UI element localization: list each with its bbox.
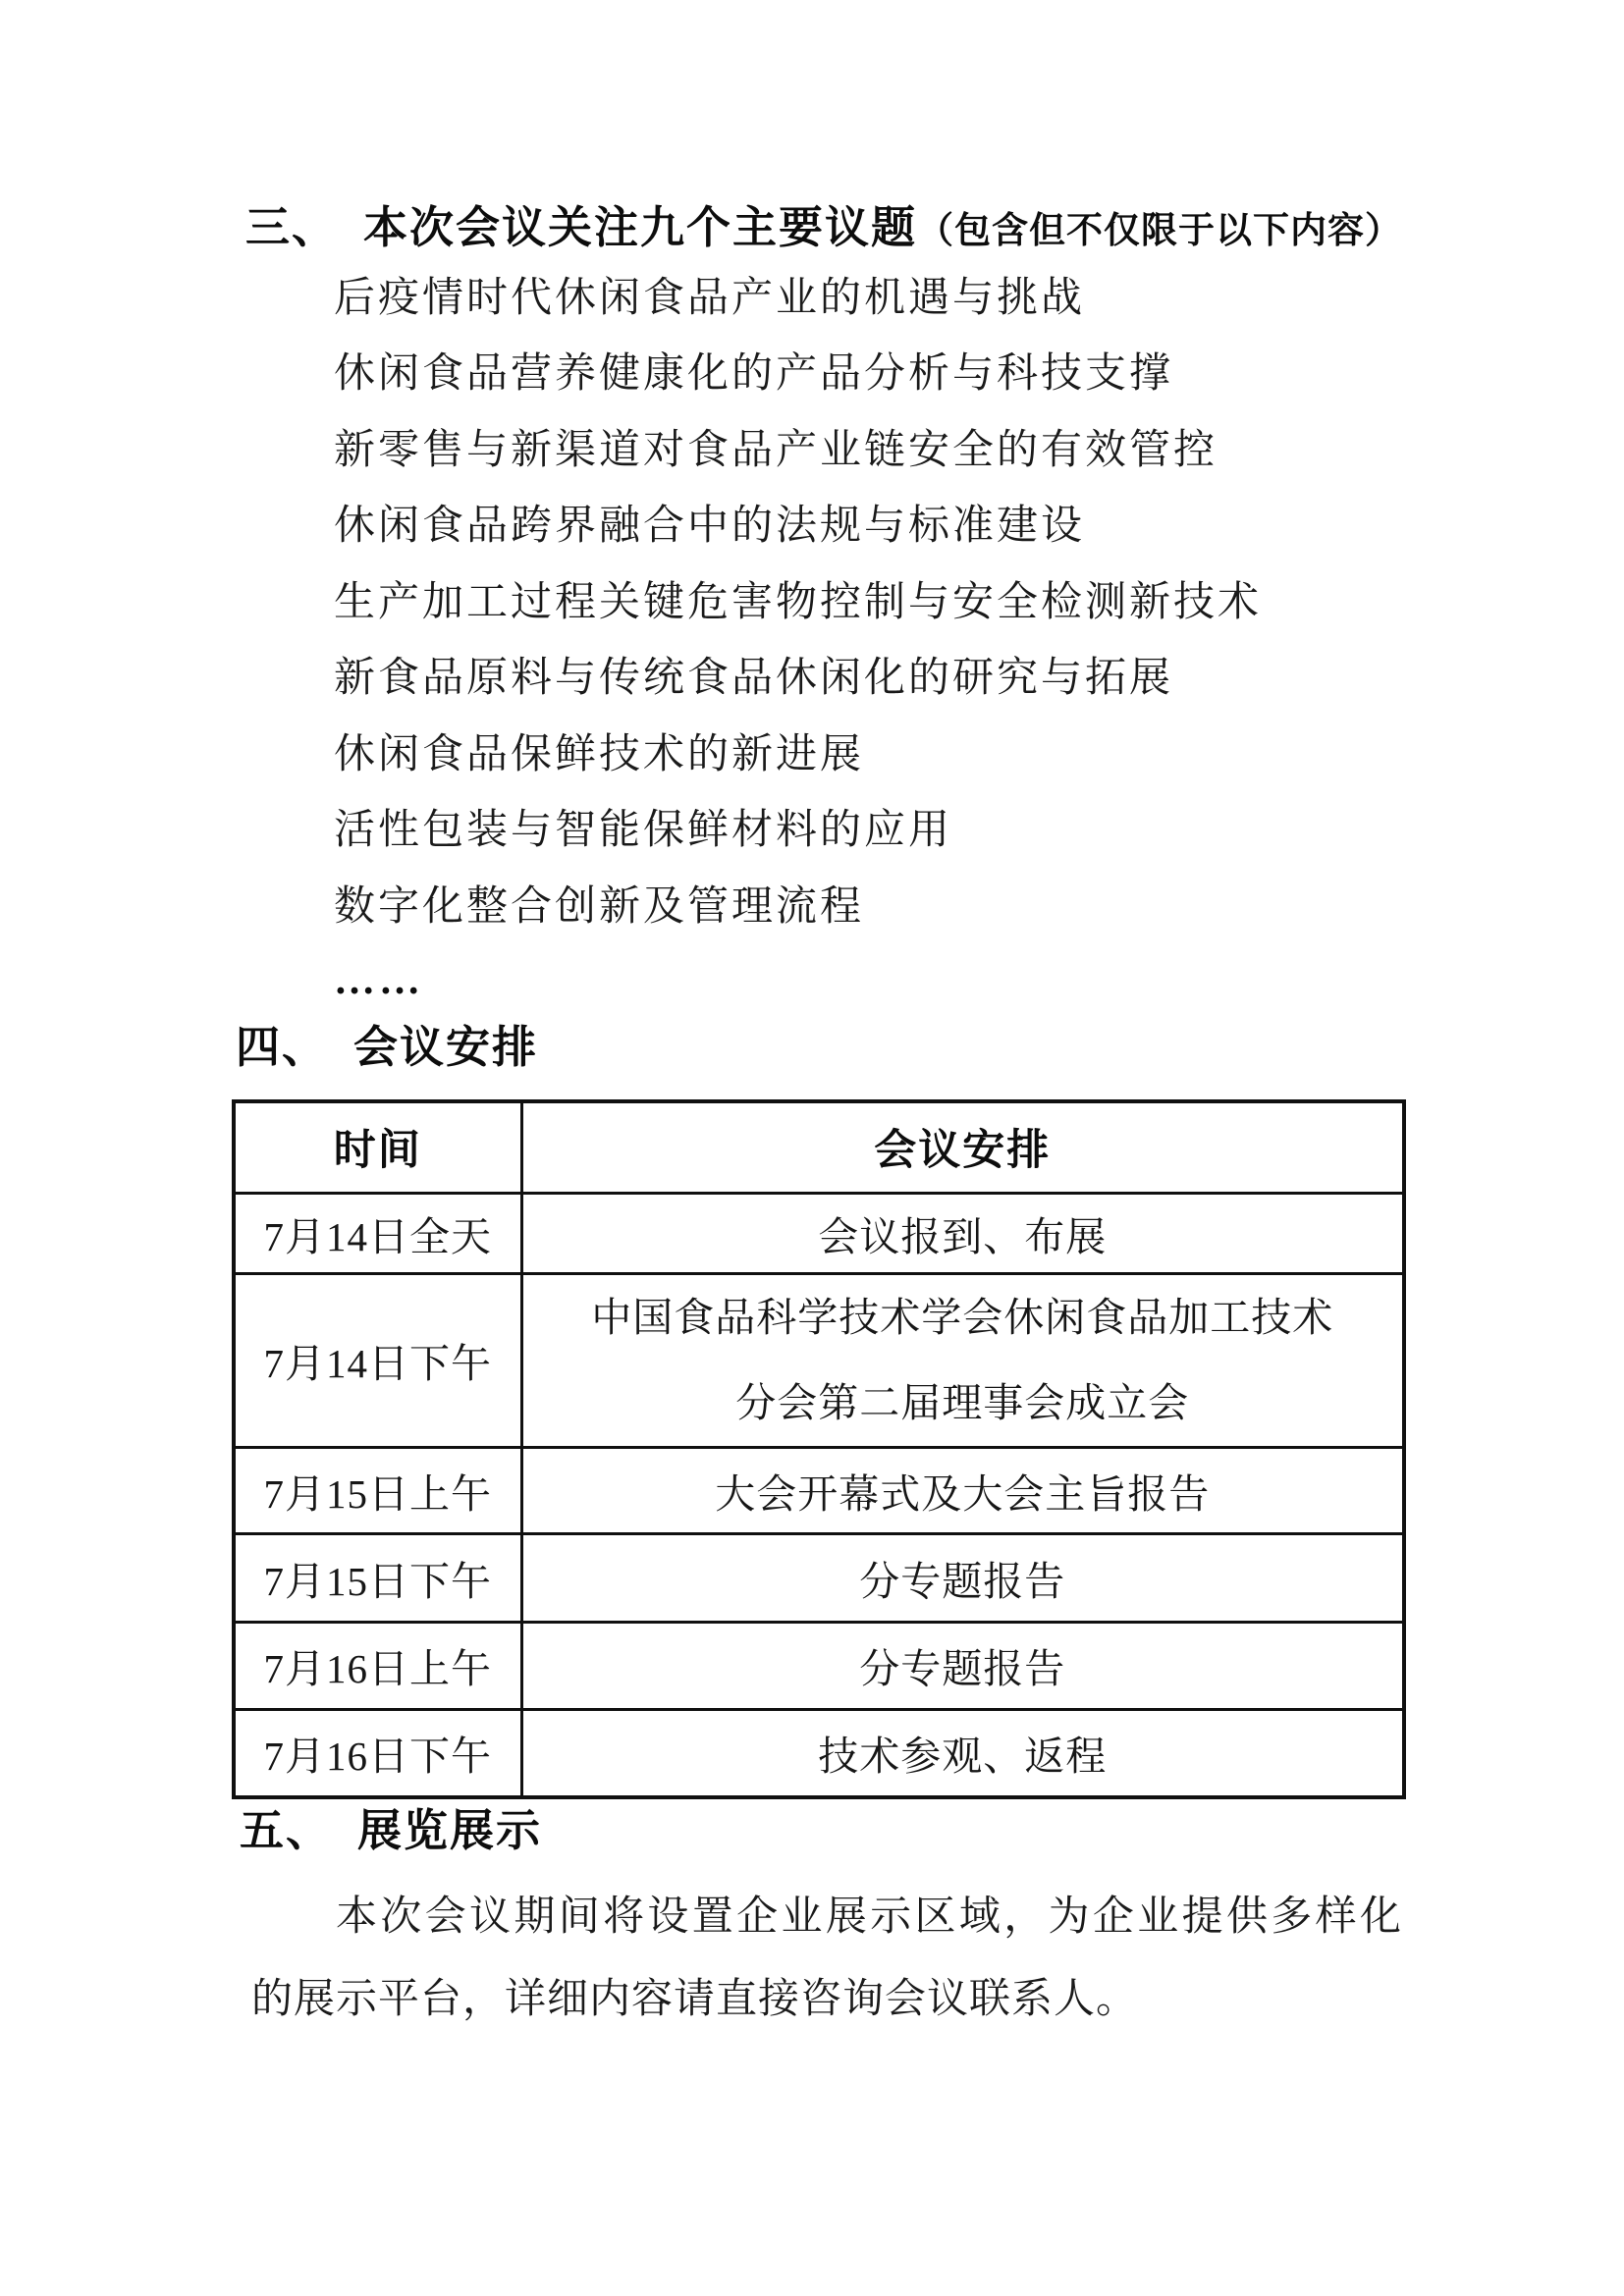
topic-item: 新零售与新渠道对食品产业链安全的有效管控: [334, 408, 1262, 485]
section3-title-note: （包含但不仅限于以下内容）: [917, 201, 1402, 260]
cell-time: 7月14日全天: [234, 1193, 521, 1273]
section5-title: 展览展示: [357, 1801, 542, 1860]
document-page: 三、 本次会议关注九个主要议题 （包含但不仅限于以下内容） 后疫情时代休闲食品产…: [0, 0, 1624, 2296]
topic-item: 活性包装与智能保鲜材料的应用: [334, 789, 1262, 866]
topic-item: 休闲食品营养健康化的产品分析与科技支撑: [334, 333, 1262, 409]
cell-event: 中国食品科学技术学会休闲食品加工技术 分会第二届理事会成立会: [521, 1273, 1404, 1447]
table-row: 7月16日下午 技术参观、返程: [234, 1709, 1404, 1797]
section3-number: 三、: [245, 198, 338, 257]
paragraph-line: 的展示平台，详细内容请直接咨询会议联系人。: [251, 1958, 1402, 2041]
header-cell-time: 时间: [234, 1101, 521, 1193]
section4-heading: 四、 会议安排: [236, 1018, 538, 1077]
cell-time: 7月16日下午: [234, 1709, 521, 1797]
cell-time: 7月15日下午: [234, 1533, 521, 1622]
topic-ellipsis: ……: [334, 941, 1262, 1020]
header-cell-event: 会议安排: [521, 1101, 1404, 1193]
table-row: 7月14日下午 中国食品科学技术学会休闲食品加工技术 分会第二届理事会成立会: [234, 1273, 1404, 1447]
cell-time: 7月16日上午: [234, 1622, 521, 1709]
section4-title: 会议安排: [353, 1018, 538, 1077]
topic-item: 数字化整合创新及管理流程: [334, 865, 1262, 941]
section3-title: 本次会议关注九个主要议题: [363, 198, 917, 257]
cell-time: 7月15日上午: [234, 1447, 521, 1533]
topic-item: 休闲食品保鲜技术的新进展: [334, 713, 1262, 789]
topic-item: 生产加工过程关键危害物控制与安全检测新技术: [334, 561, 1262, 637]
section5-number: 五、: [240, 1801, 332, 1860]
cell-event: 大会开幕式及大会主旨报告: [521, 1447, 1404, 1533]
cell-event: 会议报到、布展: [521, 1193, 1404, 1273]
table-row: 7月16日上午 分专题报告: [234, 1622, 1404, 1709]
cell-event-line2: 分会第二届理事会成立会: [523, 1361, 1403, 1446]
topic-list: 后疫情时代休闲食品产业的机遇与挑战 休闲食品营养健康化的产品分析与科技支撑 新零…: [334, 256, 1262, 1020]
topic-item: 新食品原料与传统食品休闲化的研究与拓展: [334, 637, 1262, 714]
table-row: 7月15日上午 大会开幕式及大会主旨报告: [234, 1447, 1404, 1533]
table-row: 7月14日全天 会议报到、布展: [234, 1193, 1404, 1273]
schedule-table: 时间 会议安排 7月14日全天 会议报到、布展 7月14日下午 中国食品科学技术…: [232, 1099, 1406, 1799]
table-header-row: 时间 会议安排: [234, 1101, 1404, 1193]
cell-time: 7月14日下午: [234, 1273, 521, 1447]
topic-item: 休闲食品跨界融合中的法规与标准建设: [334, 485, 1262, 561]
section5-heading: 五、 展览展示: [240, 1801, 542, 1860]
cell-event: 技术参观、返程: [521, 1709, 1404, 1797]
section4-number: 四、: [236, 1018, 328, 1077]
table-row: 7月15日下午 分专题报告: [234, 1533, 1404, 1622]
topic-item: 后疫情时代休闲食品产业的机遇与挑战: [334, 256, 1262, 333]
section3-heading: 三、 本次会议关注九个主要议题 （包含但不仅限于以下内容）: [245, 198, 1402, 260]
cell-event: 分专题报告: [521, 1622, 1404, 1709]
exhibition-paragraph: 本次会议期间将设置企业展示区域，为企业提供多样化 的展示平台，详细内容请直接咨询…: [251, 1876, 1402, 2041]
cell-event: 分专题报告: [521, 1533, 1404, 1622]
cell-event-line1: 中国食品科学技术学会休闲食品加工技术: [523, 1275, 1403, 1361]
paragraph-line: 本次会议期间将设置企业展示区域，为企业提供多样化: [251, 1876, 1402, 1958]
